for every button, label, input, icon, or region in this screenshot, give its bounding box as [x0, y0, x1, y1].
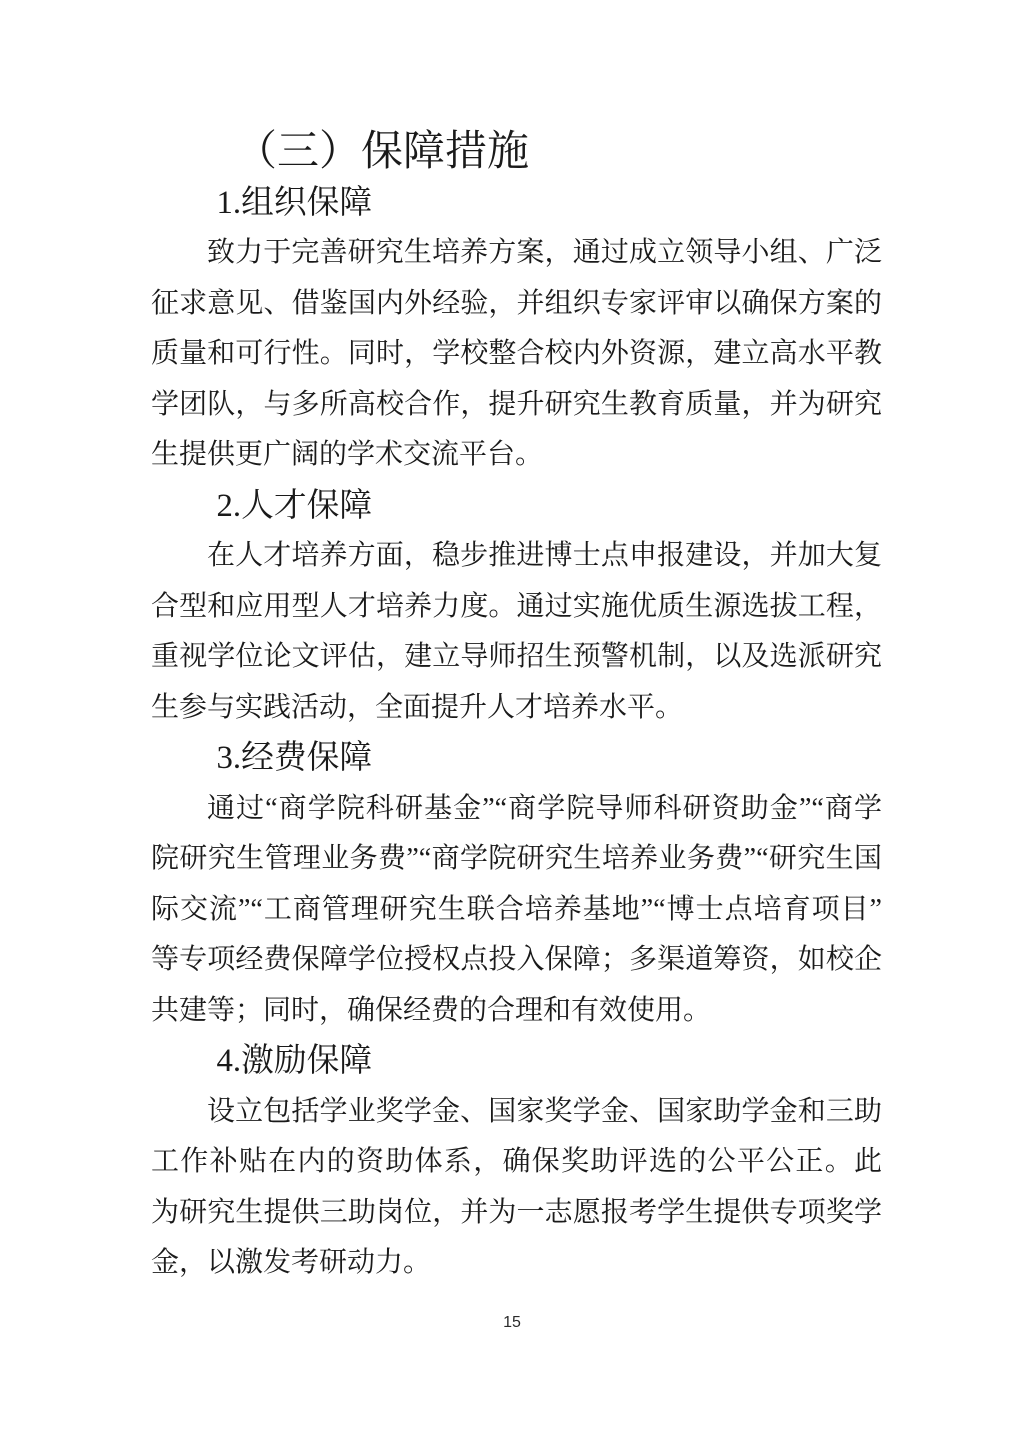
paragraph-line: 为研究生提供三助岗位，并为一志愿报考学生提供专项奖学	[151, 1188, 882, 1239]
paragraph-line: 院研究生管理业务费”“商学院研究生培养业务费”“研究生国	[151, 834, 882, 885]
subsection-title-organization: 1.组织保障	[151, 178, 882, 229]
document-content: （三）保障措施 1.组织保障 致力于完善研究生培养方案，通过成立领导小组、广泛 …	[151, 127, 882, 1289]
subsection-title-incentive: 4.激励保障	[151, 1036, 882, 1087]
paragraph-line: 金，以激发考研动力。	[151, 1238, 882, 1289]
paragraph-line: 质量和可行性。同时，学校整合校内外资源，建立高水平教	[151, 329, 882, 380]
paragraph-line: 合型和应用型人才培养力度。通过实施优质生源选拔工程，	[151, 582, 882, 633]
paragraph-line: 重视学位论文评估，建立导师招生预警机制，以及选派研究	[151, 632, 882, 683]
page-number: 15	[0, 1314, 1024, 1332]
paragraph-line: 设立包括学业奖学金、国家奖学金、国家助学金和三助	[151, 1087, 882, 1138]
paragraph-line: 工作补贴在内的资助体系，确保奖助评选的公平公正。此外，	[151, 1137, 882, 1188]
paragraph-line: 生参与实践活动，全面提升人才培养水平。	[151, 683, 882, 734]
paragraph-line: 致力于完善研究生培养方案，通过成立领导小组、广泛	[151, 228, 882, 279]
section-heading: （三）保障措施	[151, 127, 882, 178]
paragraph-line: 通过“商学院科研基金”“商学院导师科研资助金”“商学	[151, 784, 882, 835]
paragraph-line: 学团队，与多所高校合作，提升研究生教育质量，并为研究	[151, 380, 882, 431]
subsection-title-talent: 2.人才保障	[151, 481, 882, 532]
paragraph-line: 等专项经费保障学位授权点投入保障；多渠道筹资，如校企	[151, 935, 882, 986]
paragraph-line: 共建等；同时，确保经费的合理和有效使用。	[151, 986, 882, 1037]
subsection-title-funding: 3.经费保障	[151, 733, 882, 784]
paragraph-line: 生提供更广阔的学术交流平台。	[151, 430, 882, 481]
paragraph-line: 在人才培养方面，稳步推进博士点申报建设，并加大复	[151, 531, 882, 582]
paragraph-line: 际交流”“工商管理研究生联合培养基地”“博士点培育项目”	[151, 885, 882, 936]
paragraph-line: 征求意见、借鉴国内外经验，并组织专家评审以确保方案的	[151, 279, 882, 330]
document-page: （三）保障措施 1.组织保障 致力于完善研究生培养方案，通过成立领导小组、广泛 …	[0, 0, 1024, 1448]
